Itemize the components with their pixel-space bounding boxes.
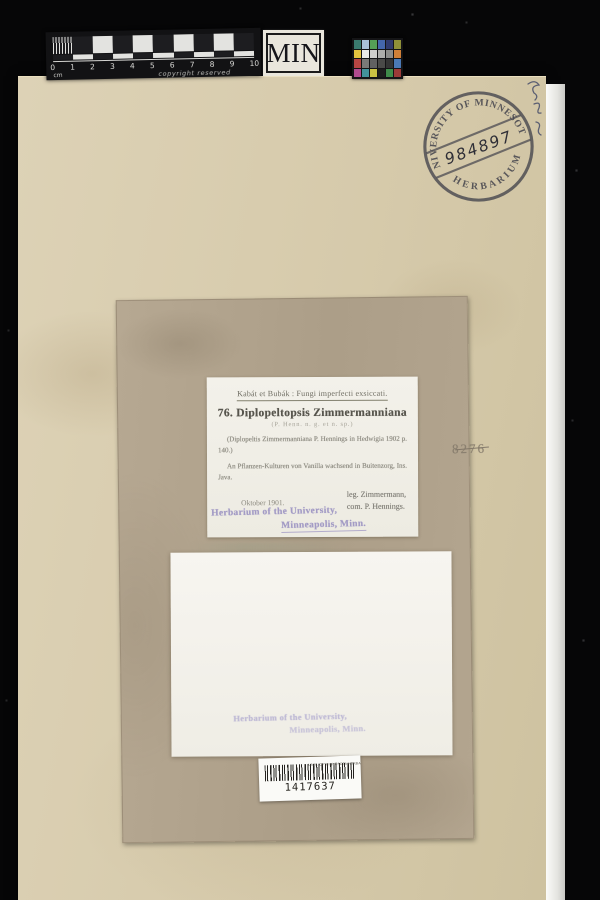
color-swatch — [370, 59, 377, 68]
ruler-number: 0 — [50, 63, 55, 72]
color-swatch — [378, 40, 385, 49]
color-swatch — [354, 69, 361, 78]
ruler-segment — [53, 55, 73, 60]
ruler-segment — [133, 53, 153, 58]
institution-code-label: MIN — [263, 30, 324, 76]
ruler-segment — [193, 34, 213, 51]
ruler-unit-label: cm — [53, 72, 62, 79]
color-swatch — [362, 50, 369, 59]
color-swatch — [370, 50, 377, 59]
color-swatch — [394, 69, 401, 78]
color-swatch — [378, 59, 385, 68]
ruler-segment — [234, 51, 254, 56]
label-species-title: 76. Diplopeltopsis Zimmermanniana — [207, 407, 418, 420]
color-swatch — [354, 40, 361, 49]
ink-smudge — [190, 543, 350, 552]
color-swatch — [386, 50, 393, 59]
color-swatch — [354, 50, 361, 59]
color-swatch — [362, 59, 369, 68]
ruler-segment — [174, 52, 194, 57]
label-communicator: com. P. Hennings. — [347, 501, 406, 514]
ruler-segment — [93, 54, 113, 59]
color-swatch — [362, 69, 369, 78]
paper-strip-edge — [546, 84, 565, 900]
scribble-mark — [536, 122, 541, 135]
color-swatch — [394, 50, 401, 59]
sheet-number-stamp: 8276 — [452, 441, 486, 458]
ruler-segment — [113, 53, 133, 58]
ruler-segment — [153, 35, 173, 52]
label-author-line: (P. Henn. n. g. et n. sp.) — [207, 421, 418, 429]
color-swatch — [370, 69, 377, 78]
ruler-number: 3 — [110, 62, 115, 71]
ruler-segment — [53, 37, 73, 54]
color-swatch — [370, 40, 377, 49]
color-card-grid — [354, 40, 401, 77]
envelope-stamp-line2: Minneapolis, Minn. — [289, 723, 366, 735]
stamp-accession-number: 984897 — [442, 127, 515, 168]
ruler-segment — [93, 36, 113, 53]
scribble-mark — [534, 103, 541, 113]
institution-code-text: MIN — [267, 40, 321, 67]
ruler-copyright-text: copyright reserved — [158, 68, 231, 78]
color-swatch — [362, 40, 369, 49]
ruler-segment — [153, 53, 173, 58]
scribble-mark — [528, 82, 539, 100]
dust-specks — [0, 0, 1, 1]
ruler-number: 9 — [230, 59, 235, 68]
label-series-header-text: Kabát et Bubák : Fungi imperfecti exsicc… — [237, 389, 387, 402]
envelope-stamp-line1: Herbarium of the University, — [233, 711, 347, 724]
ruler-number: 7 — [190, 60, 195, 69]
label-herbarium-stamp-line1: Herbarium of the University, — [211, 506, 337, 519]
barcode-label: UNIV. OF MINNESOTA HERBARIUM (MIN) 14176… — [258, 755, 361, 801]
color-swatch — [378, 69, 385, 78]
ruler-number: 4 — [130, 61, 135, 70]
scale-bar: 012345678910 cm copyright reserved — [46, 28, 262, 80]
color-swatch — [386, 69, 393, 78]
barcode-number: 1417637 — [259, 779, 361, 794]
label-collector: leg. Zimmermann, — [347, 489, 406, 502]
specimen-envelope: Herbarium of the University, Minneapolis… — [170, 551, 452, 756]
label-synonym-text: (Diplopeltis Zimmermanniana P. Hennings … — [218, 434, 407, 456]
ruler-number: 2 — [90, 62, 95, 71]
ruler-number: 6 — [170, 61, 175, 70]
ruler-segment — [73, 54, 93, 59]
ruler-segment — [133, 35, 153, 52]
color-swatch — [354, 59, 361, 68]
ruler-segment — [233, 33, 253, 50]
ruler-segment — [113, 35, 133, 52]
color-swatch — [386, 59, 393, 68]
institution-code-frame: MIN — [266, 33, 321, 73]
color-swatch — [394, 59, 401, 68]
label-herbarium-stamp-line2: Minneapolis, Minn. — [281, 519, 366, 533]
color-swatch — [394, 40, 401, 49]
specimen-label: Kabát et Bubák : Fungi imperfecti exsicc… — [207, 377, 419, 538]
label-collector-block: leg. Zimmermann, com. P. Hennings. — [347, 489, 406, 514]
ruler-number: 5 — [150, 61, 155, 70]
ruler-segment — [194, 52, 214, 57]
ruler-number: 8 — [210, 60, 215, 69]
herbarium-specimen-photo: 012345678910 cm copyright reserved MIN U… — [0, 0, 600, 900]
color-calibration-card — [352, 38, 403, 79]
ruler-number: 10 — [250, 59, 260, 68]
ink-scribbles — [520, 78, 550, 148]
label-series-header: Kabát et Bubák : Fungi imperfecti exsicc… — [213, 389, 412, 399]
ruler-number: 1 — [70, 63, 75, 72]
ruler-segment — [173, 34, 193, 51]
color-swatch — [378, 50, 385, 59]
label-habitat-text: An Pflanzen-Kulturen von Vanilla wachsen… — [218, 461, 407, 483]
ruler-segment — [213, 33, 233, 50]
label-date: Oktober 1901. — [241, 498, 284, 507]
color-swatch — [386, 40, 393, 49]
ruler-segment — [214, 51, 234, 56]
ruler-segment — [73, 36, 93, 53]
